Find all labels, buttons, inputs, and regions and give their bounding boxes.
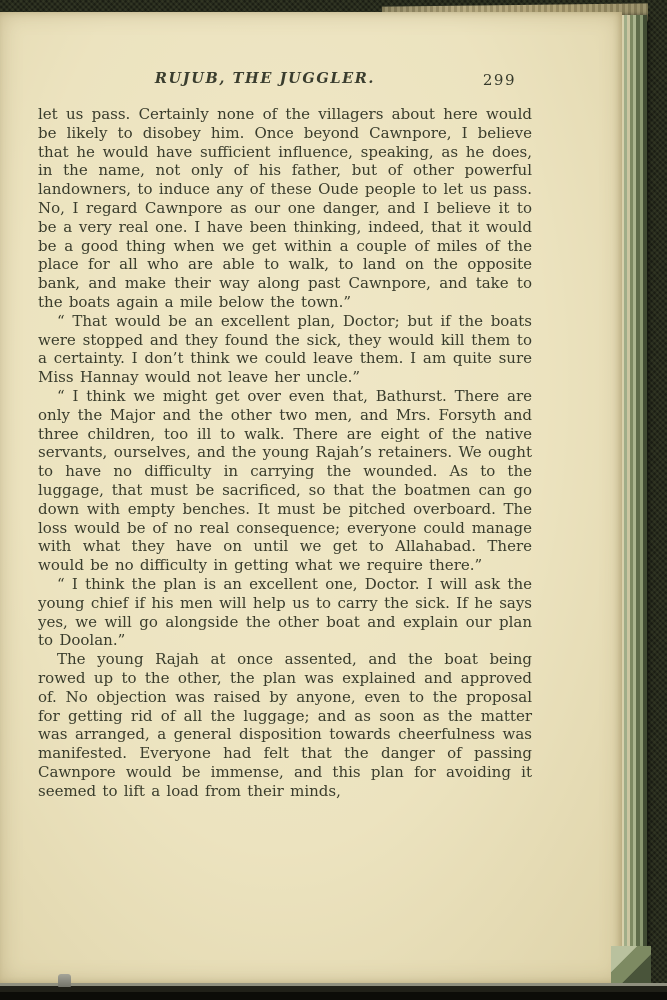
body-text: let us pass. Certainly none of the villa… <box>38 105 532 800</box>
book-title-running-header: RUJUB, THE JUGGLER. <box>38 70 492 87</box>
running-header: RUJUB, THE JUGGLER. 299 <box>38 70 532 90</box>
paragraph: The young Rajah at once assented, and th… <box>38 650 532 800</box>
paragraph: let us pass. Certainly none of the villa… <box>38 105 532 312</box>
book-scan-photo: RUJUB, THE JUGGLER. 299 let us pass. Cer… <box>0 0 667 1000</box>
page-holder-clip <box>58 974 71 987</box>
page-number: 299 <box>483 71 516 89</box>
book-page: RUJUB, THE JUGGLER. 299 let us pass. Cer… <box>0 12 622 983</box>
book-bottom-edge <box>0 983 667 1000</box>
book-fore-edge-pages <box>618 15 647 977</box>
paragraph: “ That would be an excellent plan, Docto… <box>38 312 532 387</box>
paragraph: “ I think the plan is an excellent one, … <box>38 575 532 650</box>
page-content-area: RUJUB, THE JUGGLER. 299 let us pass. Cer… <box>38 70 532 800</box>
paragraph: “ I think we might get over even that, B… <box>38 387 532 575</box>
